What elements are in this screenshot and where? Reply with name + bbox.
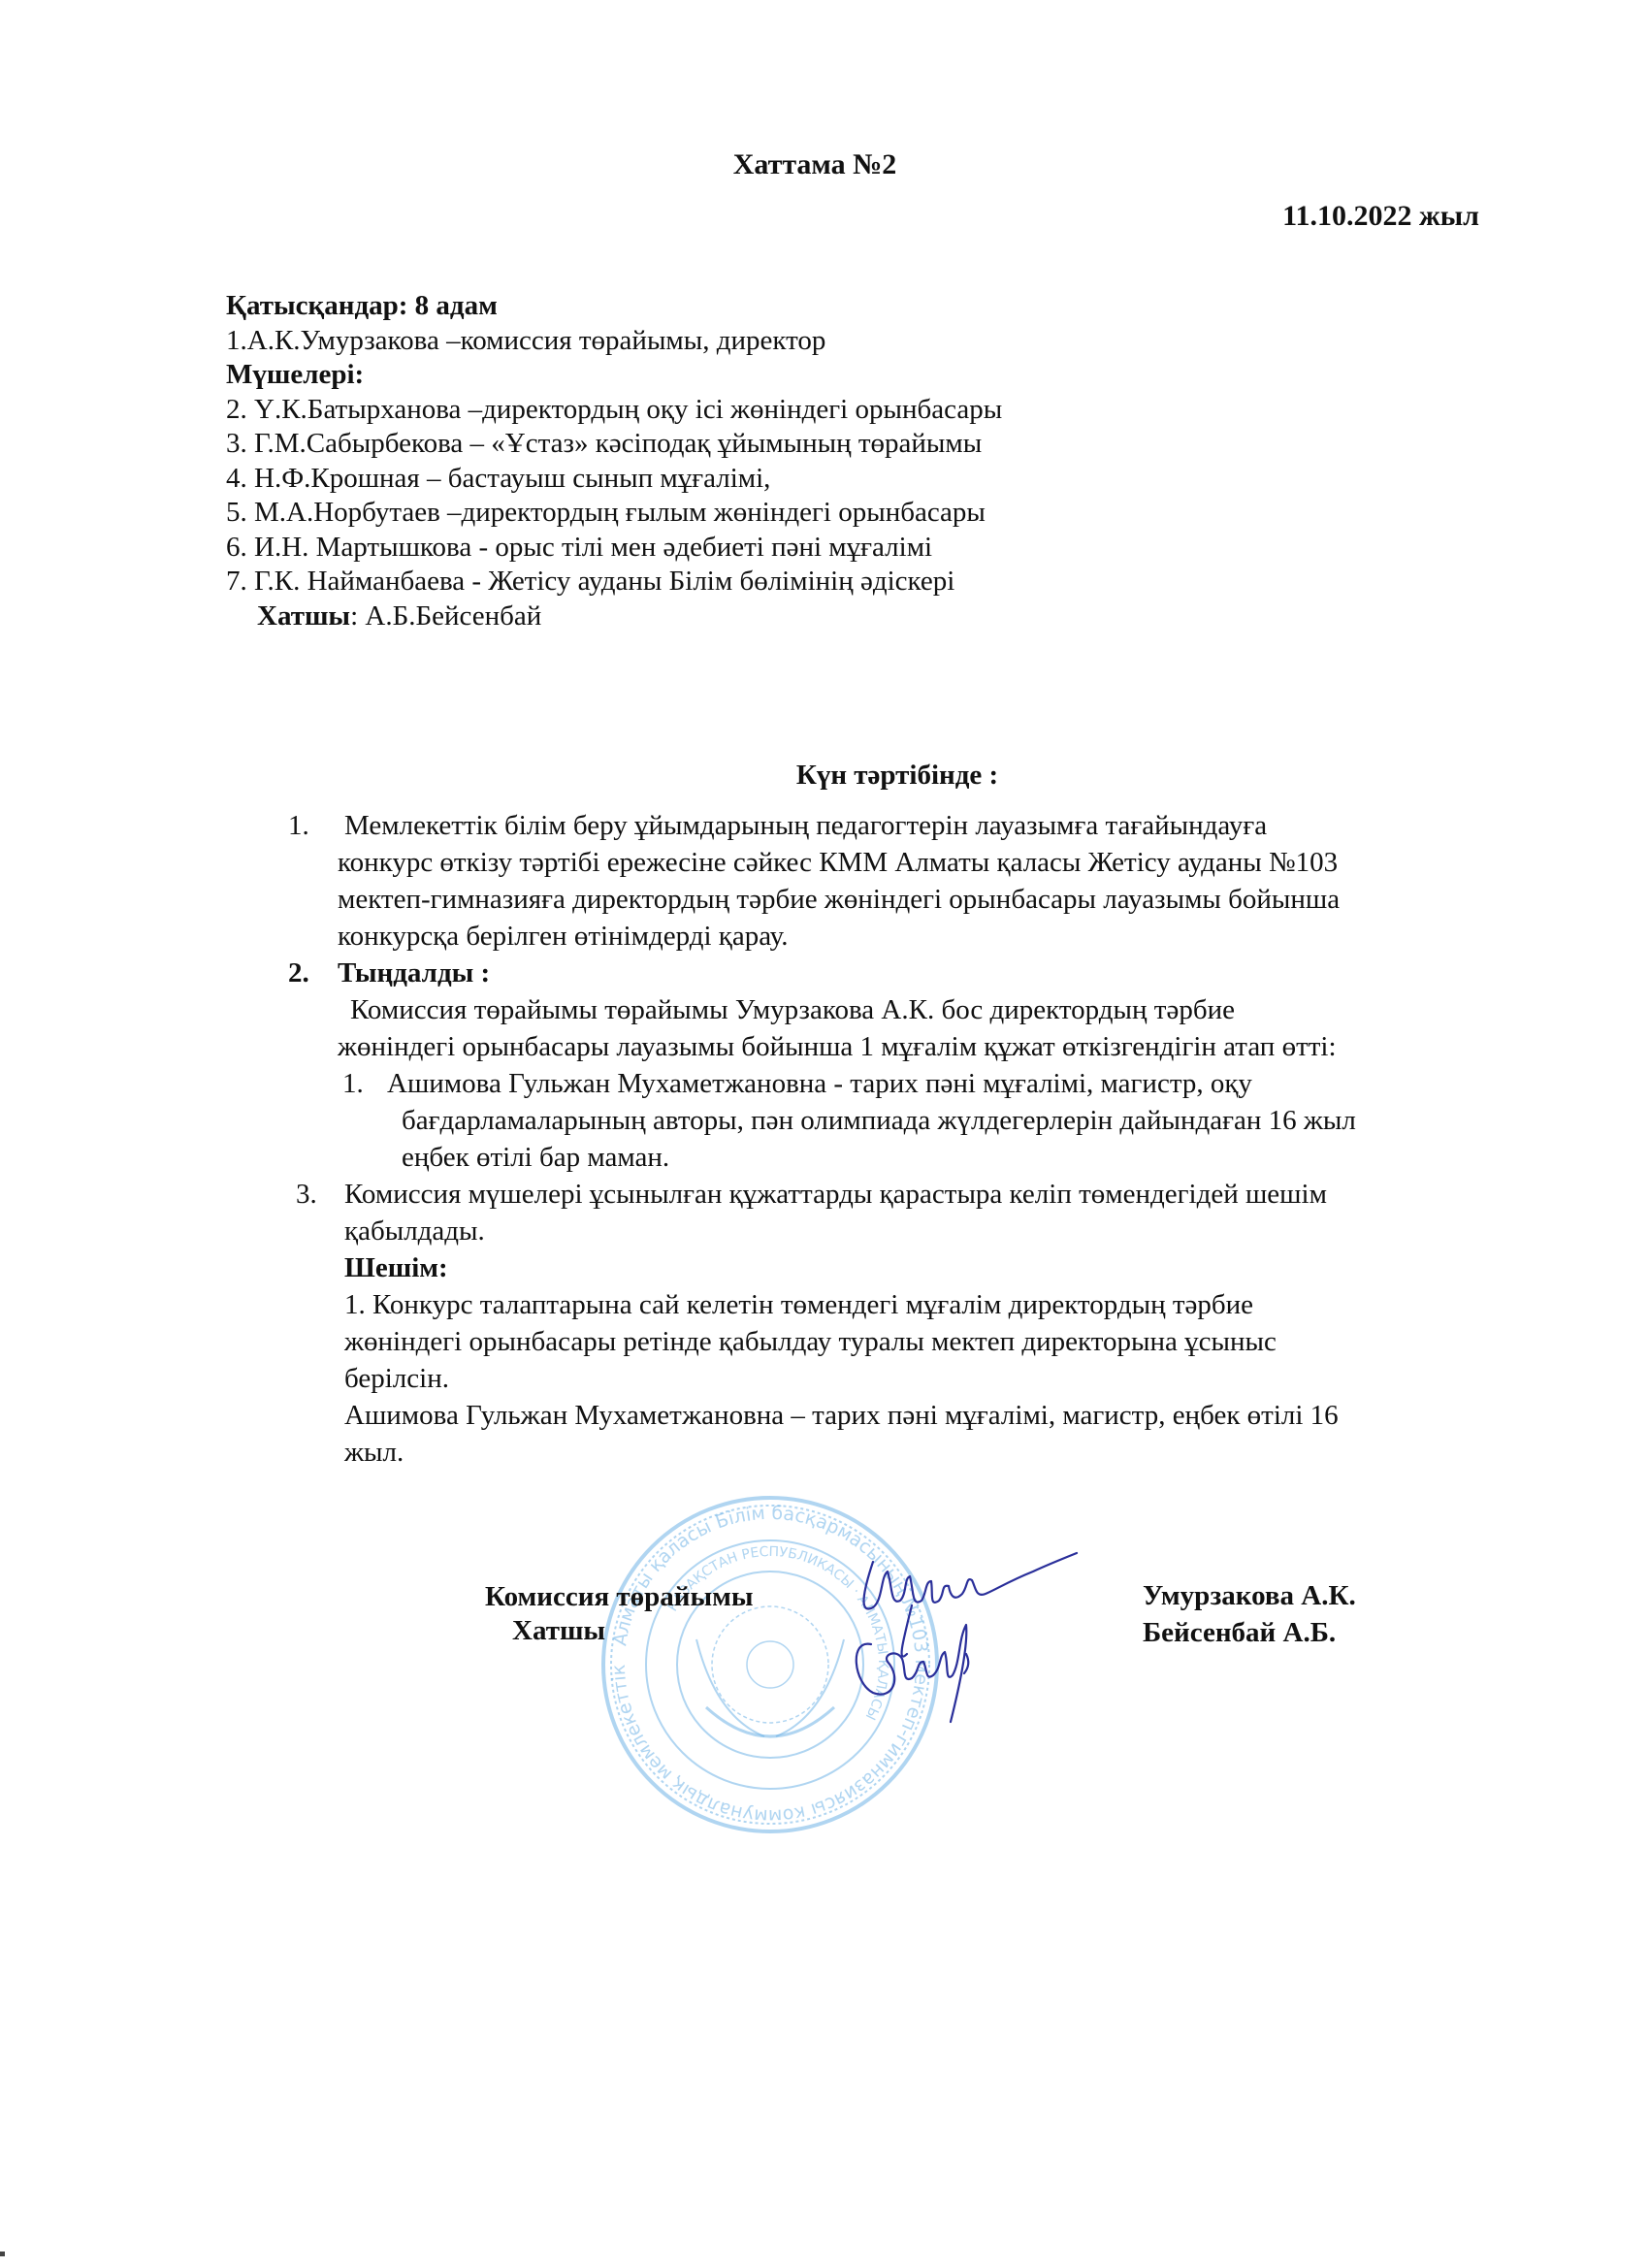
decision-text: жыл. bbox=[344, 1434, 404, 1471]
candidate-line: бағдарламаларының авторы, пән олимпиада … bbox=[288, 1102, 1520, 1139]
member-item: 7. Г.К. Найманбаева - Жетісу ауданы Білі… bbox=[226, 565, 1002, 599]
agenda-item-text: конкурсқа берілген өтінімдерді қарау. bbox=[338, 918, 789, 955]
agenda-item-line: конкурсқа берілген өтінімдерді қарау. bbox=[288, 918, 1520, 955]
decision-heading-line: Шешім: bbox=[288, 1249, 1520, 1286]
document-date: 11.10.2022 жыл bbox=[1282, 200, 1479, 233]
signature-roles: Комиссия төрайымы Хатшы bbox=[485, 1581, 754, 1647]
secretary-name: : А.Б.Бейсенбай bbox=[350, 600, 541, 632]
chair-role-label: Комиссия төрайымы bbox=[485, 1581, 754, 1613]
agenda-heading-text: Күн тәртібінде : bbox=[796, 760, 998, 792]
participant-chair: 1.А.К.Умурзакова –комиссия төрайымы, дир… bbox=[226, 324, 1002, 359]
agenda-item-text: конкурс өткізу тәртібі ережесіне сәйкес … bbox=[338, 844, 1338, 881]
agenda-item-line: жөніндегі орынбасары лауазымы бойынша 1 … bbox=[288, 1028, 1520, 1065]
member-item: 3. Г.М.Сабырбекова – «Ұстаз» кәсіподақ ұ… bbox=[226, 427, 1002, 462]
member-item: 2. Ү.К.Батырханова –директордың оқу ісі … bbox=[226, 393, 1002, 428]
decision-line: берілсін. bbox=[288, 1360, 1520, 1397]
agenda-item-text: жөніндегі орынбасары лауазымы бойынша 1 … bbox=[338, 1028, 1337, 1065]
secretary-line: Хатшы: А.Б.Бейсенбай bbox=[226, 599, 1002, 634]
secretary-name-signed: Бейсенбай А.Б. bbox=[1143, 1614, 1356, 1651]
members-heading: Мүшелері: bbox=[226, 358, 1002, 393]
decision-heading: Шешім: bbox=[344, 1249, 448, 1286]
decision-line: жыл. bbox=[288, 1434, 1520, 1471]
candidate-line: еңбек өтілі бар маман. bbox=[288, 1139, 1520, 1176]
agenda-item-line: қабылдады. bbox=[288, 1213, 1520, 1249]
agenda-item-line: мектеп-гимназияға директордың тәрбие жөн… bbox=[288, 881, 1520, 918]
agenda-item-text: Комиссия мүшелері ұсынылған құжаттарды қ… bbox=[344, 1176, 1327, 1213]
decision-text: жөніндегі орынбасары ретінде қабылдау ту… bbox=[344, 1323, 1277, 1360]
decision-text: Ашимова Гульжан Мухаметжановна – тарих п… bbox=[344, 1397, 1339, 1434]
agenda-item-text: қабылдады. bbox=[344, 1213, 485, 1249]
chair-name: Умурзакова А.К. bbox=[1143, 1577, 1356, 1614]
secretary-label: Хатшы bbox=[257, 600, 350, 632]
list-number: 1. bbox=[288, 807, 309, 844]
candidate-text: еңбек өтілі бар маман. bbox=[402, 1139, 669, 1176]
decision-line: жөніндегі орынбасары ретінде қабылдау ту… bbox=[288, 1323, 1520, 1360]
member-item: 6. И.Н. Мартышкова - орыс тілі мен әдеби… bbox=[226, 531, 1002, 566]
list-number: 3. bbox=[296, 1176, 317, 1213]
scan-artifact bbox=[0, 2252, 5, 2256]
decision-line: Ашимова Гульжан Мухаметжановна – тарих п… bbox=[288, 1397, 1520, 1434]
signature-names: Умурзакова А.К. Бейсенбай А.Б. bbox=[1143, 1577, 1356, 1651]
secretary-role-label: Хатшы bbox=[485, 1615, 754, 1647]
agenda-item-3: 3. Комиссия мүшелері ұсынылған құжаттард… bbox=[288, 1176, 1520, 1213]
document-title-text: Хаттама №2 bbox=[733, 148, 897, 181]
member-item: 4. Н.Ф.Крошная – бастауыш сынып мұғалімі… bbox=[226, 462, 1002, 497]
candidate-text: Ашимова Гульжан Мухаметжановна - тарих п… bbox=[387, 1065, 1252, 1102]
agenda-item-line: Комиссия төрайымы төрайымы Умурзакова А.… bbox=[288, 991, 1520, 1028]
agenda-item-line: конкурс өткізу тәртібі ережесіне сәйкес … bbox=[288, 844, 1520, 881]
heard-label: Тыңдалды : bbox=[338, 955, 490, 991]
agenda-heading: Күн тәртібінде : bbox=[0, 760, 1649, 792]
decision-text: 1. Конкурс талаптарына сай келетін төмен… bbox=[344, 1286, 1253, 1323]
participants-section: Қатысқандар: 8 адам 1.А.К.Умурзакова –ко… bbox=[226, 289, 1002, 633]
agenda-item-1: 1. Мемлекеттік білім беру ұйымдарының пе… bbox=[288, 807, 1520, 844]
member-item: 5. М.А.Норбутаев –директордың ғылым жөні… bbox=[226, 496, 1002, 531]
document-title: Хаттама №2 bbox=[0, 148, 1649, 181]
decision-text: берілсін. bbox=[344, 1360, 449, 1397]
agenda-item-text: Мемлекеттік білім беру ұйымдарының педаг… bbox=[344, 807, 1267, 844]
candidate-item: 1. Ашимова Гульжан Мухаметжановна - тари… bbox=[288, 1065, 1520, 1102]
agenda-item-text: Комиссия төрайымы төрайымы Умурзакова А.… bbox=[350, 991, 1235, 1028]
list-number: 1. bbox=[342, 1065, 364, 1102]
candidate-text: бағдарламаларының авторы, пән олимпиада … bbox=[402, 1102, 1356, 1139]
list-number: 2. bbox=[288, 955, 309, 991]
participants-heading: Қатысқандар: 8 адам bbox=[226, 289, 1002, 324]
agenda-list: 1. Мемлекеттік білім беру ұйымдарының пе… bbox=[288, 807, 1520, 1471]
handwritten-signatures-icon bbox=[844, 1547, 1096, 1741]
agenda-item-text: мектеп-гимназияға директордың тәрбие жөн… bbox=[338, 881, 1340, 918]
agenda-item-2: 2. Тыңдалды : bbox=[288, 955, 1520, 991]
decision-line: 1. Конкурс талаптарына сай келетін төмен… bbox=[288, 1286, 1520, 1323]
